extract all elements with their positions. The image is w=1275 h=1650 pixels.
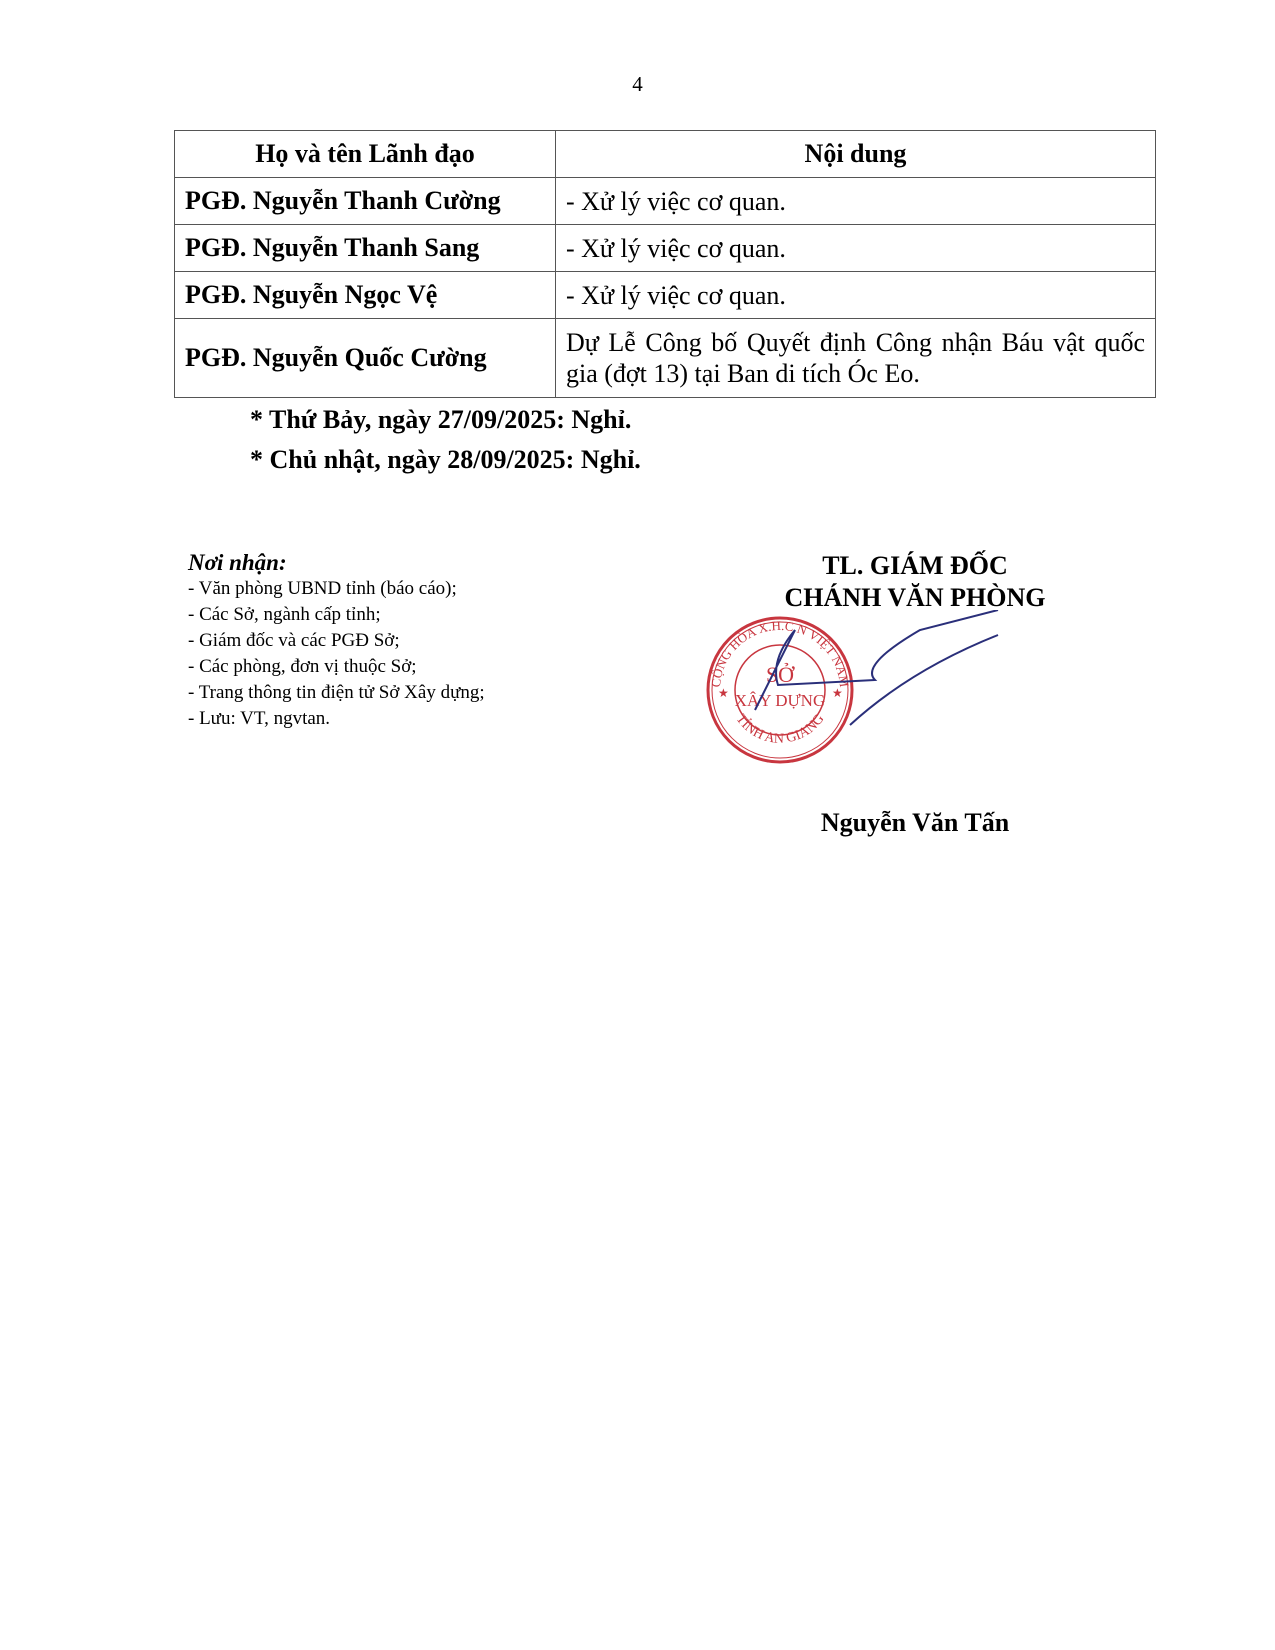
signer-line1: TL. GIÁM ĐỐC — [690, 550, 1140, 582]
svg-text:TỈNH AN GIANG: TỈNH AN GIANG — [733, 712, 828, 747]
leader-content: - Xử lý việc cơ quan. — [556, 178, 1156, 225]
leader-content: Dự Lễ Công bố Quyết định Công nhận Báu v… — [556, 319, 1156, 398]
recipient-item: - Các phòng, đơn vị thuộc Sở; — [188, 654, 485, 680]
table-header-row: Họ và tên Lãnh đạo Nội dung — [175, 131, 1156, 178]
table-row: PGĐ. Nguyễn Quốc Cường Dự Lễ Công bố Quy… — [175, 319, 1156, 398]
recipient-item: - Giám đốc và các PGĐ Sở; — [188, 628, 485, 654]
recipient-item: - Lưu: VT, ngvtan. — [188, 706, 485, 732]
recipient-item: - Các Sở, ngành cấp tỉnh; — [188, 602, 485, 628]
leader-name: PGĐ. Nguyễn Thanh Sang — [175, 225, 556, 272]
leader-schedule-table: Họ và tên Lãnh đạo Nội dung PGĐ. Nguyễn … — [174, 130, 1156, 398]
svg-text:★: ★ — [832, 686, 843, 700]
recipient-item: - Trang thông tin điện tử Sở Xây dựng; — [188, 680, 485, 706]
leader-name: PGĐ. Nguyễn Thanh Cường — [175, 178, 556, 225]
recipients-block: Nơi nhận: - Văn phòng UBND tỉnh (báo cáo… — [188, 550, 485, 732]
leader-name: PGĐ. Nguyễn Ngọc Vệ — [175, 272, 556, 319]
recipients-title: Nơi nhận: — [188, 550, 485, 576]
leader-content: - Xử lý việc cơ quan. — [556, 272, 1156, 319]
signer-title-block: TL. GIÁM ĐỐC CHÁNH VĂN PHÒNG — [690, 550, 1140, 614]
svg-text:XÂY DỰNG: XÂY DỰNG — [735, 691, 825, 710]
table-row: PGĐ. Nguyễn Thanh Sang - Xử lý việc cơ q… — [175, 225, 1156, 272]
leader-content: - Xử lý việc cơ quan. — [556, 225, 1156, 272]
table-row: PGĐ. Nguyễn Ngọc Vệ - Xử lý việc cơ quan… — [175, 272, 1156, 319]
header-leader-name: Họ và tên Lãnh đạo — [175, 131, 556, 178]
table-row: PGĐ. Nguyễn Thanh Cường - Xử lý việc cơ … — [175, 178, 1156, 225]
svg-text:SỞ: SỞ — [766, 662, 795, 687]
svg-text:★: ★ — [718, 686, 729, 700]
note-sunday: * Chủ nhật, ngày 28/09/2025: Nghỉ. — [250, 445, 641, 475]
recipient-item: - Văn phòng UBND tỉnh (báo cáo); — [188, 576, 485, 602]
note-saturday: * Thứ Bảy, ngày 27/09/2025: Nghỉ. — [250, 405, 631, 435]
official-stamp-and-signature: CỘNG HÒA X.H.C.N VIỆT NAM TỈNH AN GIANG … — [700, 610, 1020, 770]
header-content: Nội dung — [556, 131, 1156, 178]
signer-name: Nguyễn Văn Tấn — [690, 808, 1140, 838]
page-number: 4 — [0, 72, 1275, 97]
leader-name: PGĐ. Nguyễn Quốc Cường — [175, 319, 556, 398]
